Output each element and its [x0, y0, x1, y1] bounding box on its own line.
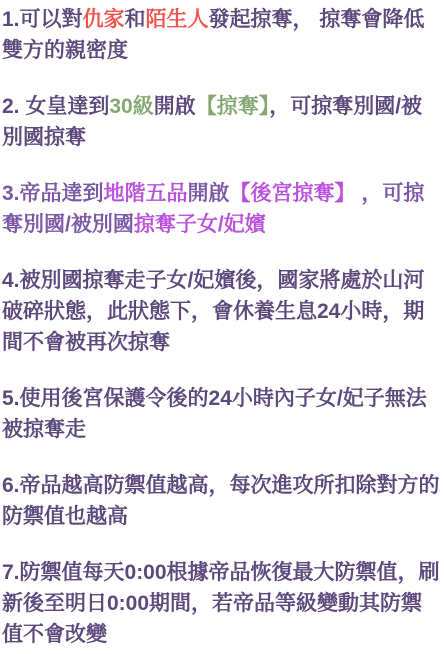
text-segment: 仇家	[83, 8, 125, 31]
text-segment: 陌生人	[146, 8, 209, 31]
text-segment: 4.被別國掠奪走子女/妃嬪後，國家將處於山河破碎狀態，此狀態下，會休養生息24小…	[2, 269, 424, 354]
text-segment: 和	[125, 8, 146, 31]
text-segment: 地階五品	[104, 182, 188, 205]
rule-2: 2. 女皇達到30級開啟【掠奪】，可掠奪別國/被別國掠奪	[2, 91, 443, 153]
text-segment: 【後宮掠奪】	[230, 182, 356, 205]
text-segment: 2. 女皇達到	[2, 95, 109, 118]
text-segment: 7.防禦值每天0:00根據帝品恢復最大防禦值，刷新後至明日0:00期間，若帝品等…	[2, 561, 440, 646]
text-segment: 5.使用後宮保護令後的24小時內子女/妃子無法被掠奪走	[2, 387, 427, 441]
rule-6: 6.帝品越高防禦值越高，每次進攻所扣除對方的防禦值也越高	[2, 470, 443, 532]
rule-3: 3.帝品達到地階五品開啟【後宮掠奪】 ，可掠奪別國/被別國掠奪子女/妃嬪	[2, 178, 443, 240]
rules-text: 1.可以對仇家和陌生人發起掠奪， 掠奪會降低雙方的親密度2. 女皇達到30級開啟…	[0, 0, 444, 650]
text-segment: 開啟	[188, 182, 230, 205]
text-segment: 3.帝品達到	[2, 182, 104, 205]
text-segment: 6.帝品越高防禦值越高，每次進攻所扣除對方的防禦值也越高	[2, 474, 440, 528]
text-segment: 1.可以對	[2, 8, 83, 31]
text-segment: 【掠奪】	[196, 95, 270, 118]
rule-4: 4.被別國掠奪走子女/妃嬪後，國家將處於山河破碎狀態，此狀態下，會休養生息24小…	[2, 265, 443, 358]
rule-5: 5.使用後宮保護令後的24小時內子女/妃子無法被掠奪走	[2, 383, 443, 445]
rule-1: 1.可以對仇家和陌生人發起掠奪， 掠奪會降低雙方的親密度	[2, 4, 443, 66]
text-segment: 開啟	[154, 95, 196, 118]
rule-7: 7.防禦值每天0:00根據帝品恢復最大防禦值，刷新後至明日0:00期間，若帝品等…	[2, 557, 443, 650]
text-segment: 掠奪子女/妃嬪	[134, 213, 266, 236]
text-segment: 30級	[109, 95, 153, 118]
